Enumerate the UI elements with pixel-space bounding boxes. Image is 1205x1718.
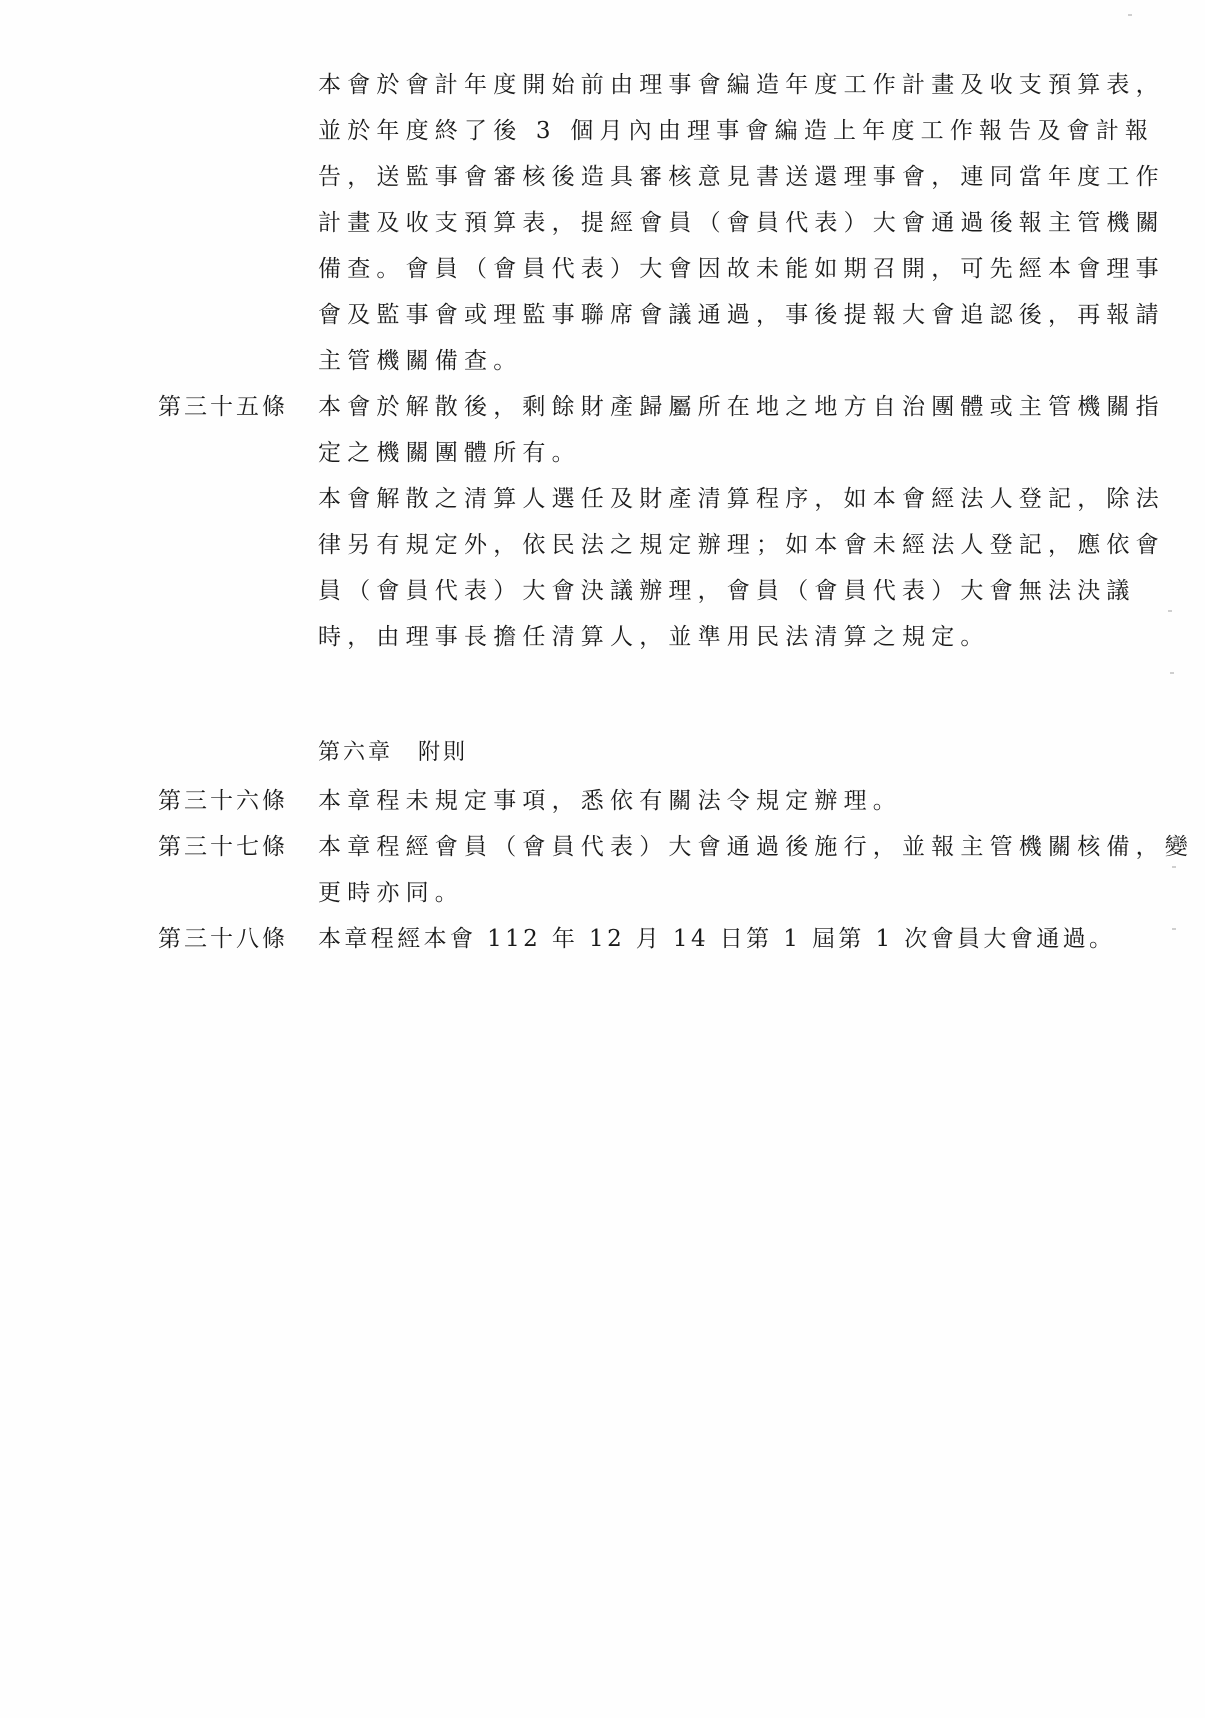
paragraph-line: 員（會員代表）大會決議辦理，會員（會員代表）大會無法決議	[318, 576, 1136, 606]
article-label: 第三十五條	[158, 392, 288, 422]
chapter-heading: 第六章 附則	[318, 738, 468, 768]
paragraph-line: 本會於會計年度開始前由理事會編造年度工作計畫及收支預算表，	[318, 70, 1165, 100]
paragraph-line: 並於年度終了後 3 個月內由理事會編造上年度工作報告及會計報	[318, 116, 1154, 146]
article-label: 第三十七條	[158, 832, 288, 862]
paragraph-line: 本章程未規定事項，悉依有關法令規定辦理。	[318, 786, 902, 816]
article-label: 第三十六條	[158, 786, 288, 816]
paragraph-line: 告，送監事會審核後造具審核意見書送還理事會，連同當年度工作	[318, 162, 1165, 192]
scan-speck	[1170, 672, 1174, 674]
paragraph-line: 計畫及收支預算表，提經會員（會員代表）大會通過後報主管機關	[318, 208, 1165, 238]
paragraph-line: 本章程經會員（會員代表）大會通過後施行，並報主管機關核備，變	[318, 832, 1194, 862]
scan-speck	[1168, 610, 1172, 612]
paragraph-line: 本章程經本會 112 年 12 月 14 日第 1 屆第 1 次會員大會通過。	[318, 924, 1115, 954]
scan-speck	[1172, 928, 1176, 930]
paragraph-line: 主管機關備查。	[318, 346, 522, 376]
document-page: 本會於會計年度開始前由理事會編造年度工作計畫及收支預算表， 並於年度終了後 3 …	[0, 0, 1205, 1718]
paragraph-line: 備查。會員（會員代表）大會因故未能如期召開，可先經本會理事	[318, 254, 1165, 284]
paragraph-line: 會及監事會或理監事聯席會議通過，事後提報大會追認後，再報請	[318, 300, 1165, 330]
paragraph-line: 本會於解散後，剩餘財產歸屬所在地之地方自治團體或主管機關指	[318, 392, 1165, 422]
article-label: 第三十八條	[158, 924, 288, 954]
scan-speck	[1172, 866, 1176, 868]
paragraph-line: 律另有規定外，依民法之規定辦理；如本會未經法人登記，應依會	[318, 530, 1165, 560]
paragraph-line: 本會解散之清算人選任及財產清算程序，如本會經法人登記，除法	[318, 484, 1165, 514]
paragraph-line: 定之機關團體所有。	[318, 438, 581, 468]
paragraph-line: 時，由理事長擔任清算人，並準用民法清算之規定。	[318, 622, 990, 652]
paragraph-line: 更時亦同。	[318, 878, 464, 908]
scan-speck	[1128, 14, 1132, 16]
